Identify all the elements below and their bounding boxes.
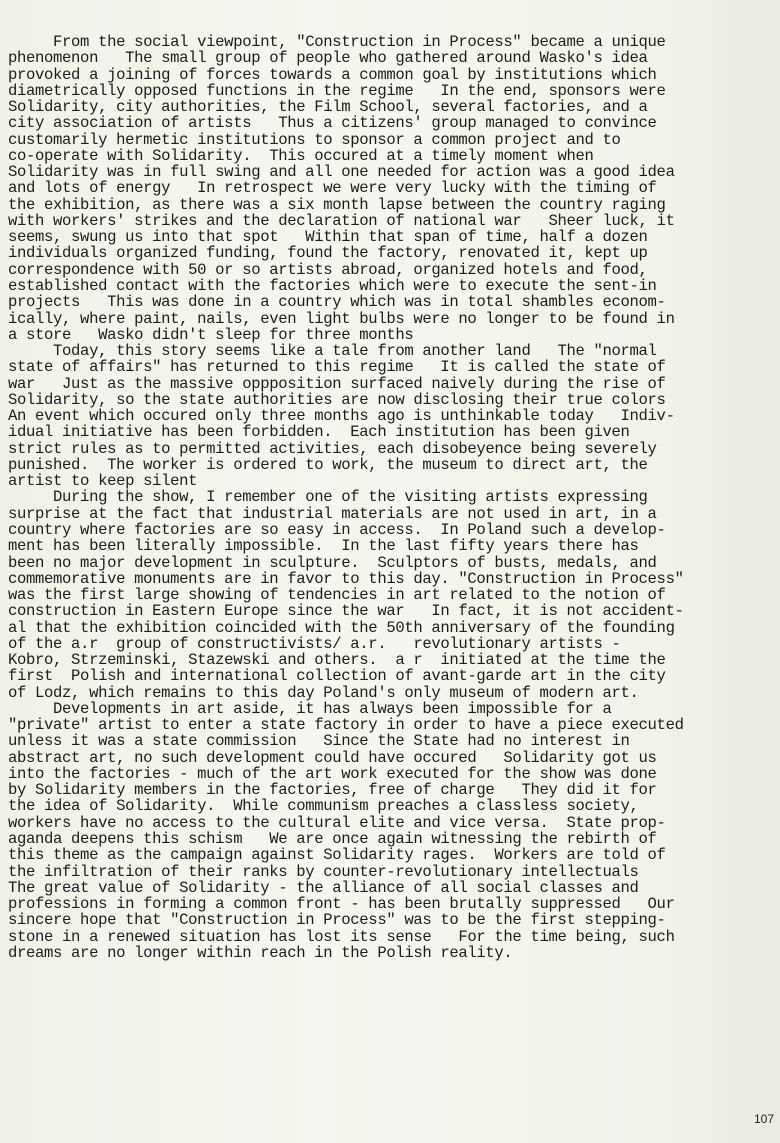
text-line: the idea of Solidarity. While communism … <box>8 798 778 814</box>
text-line: Today, this story seems like a tale from… <box>8 343 778 359</box>
text-line: abstract art, no such development could … <box>8 750 778 766</box>
text-line: idual initiative has been forbidden. Eac… <box>8 424 778 440</box>
text-line: of the a.r group of constructivists/ a.r… <box>8 636 778 652</box>
text-line: dreams are no longer within reach in the… <box>8 945 778 961</box>
text-line: war Just as the massive oppposition surf… <box>8 376 778 392</box>
text-line: al that the exhibition coincided with th… <box>8 620 778 636</box>
text-line: projects This was done in a country whic… <box>8 294 778 310</box>
text-line: co-operate with Solidarity. This occured… <box>8 148 778 164</box>
text-line: diametrically opposed functions in the r… <box>8 83 778 99</box>
text-line: Kobro, Strzeminski, Stazewski and others… <box>8 652 778 668</box>
text-line: state of affairs" has returned to this r… <box>8 359 778 375</box>
text-line: professions in forming a common front - … <box>8 896 778 912</box>
text-line: sincere hope that "Construction in Proce… <box>8 912 778 928</box>
text-line: customarily hermetic institutions to spo… <box>8 132 778 148</box>
text-line: artist to keep silent <box>8 473 778 489</box>
page-number: 107 <box>754 1112 774 1126</box>
text-line: of Lodz, which remains to this day Polan… <box>8 685 778 701</box>
text-line: with workers' strikes and the declaratio… <box>8 213 778 229</box>
text-line: been no major development in sculpture. … <box>8 555 778 571</box>
text-line: unless it was a state commission Since t… <box>8 733 778 749</box>
text-line: workers have no access to the cultural e… <box>8 815 778 831</box>
text-line: first Polish and international collectio… <box>8 668 778 684</box>
body-text: From the social viewpoint, "Construction… <box>8 34 778 961</box>
document-page: From the social viewpoint, "Construction… <box>0 0 780 1143</box>
text-line: established contact with the factories w… <box>8 278 778 294</box>
text-line: a store Wasko didn't sleep for three mon… <box>8 327 778 343</box>
text-line: phenomenon The small group of people who… <box>8 50 778 66</box>
text-line: the infiltration of their ranks by count… <box>8 864 778 880</box>
text-line: Developments in art aside, it has always… <box>8 701 778 717</box>
text-line: and lots of energy In retrospect we were… <box>8 180 778 196</box>
text-line: stone in a renewed situation has lost it… <box>8 929 778 945</box>
text-line: surprise at the fact that industrial mat… <box>8 506 778 522</box>
text-line: into the factories - much of the art wor… <box>8 766 778 782</box>
text-line: The great value of Solidarity - the alli… <box>8 880 778 896</box>
text-line: construction in Eastern Europe since the… <box>8 603 778 619</box>
text-line: provoked a joining of forces towards a c… <box>8 67 778 83</box>
text-line: city association of artists Thus a citiz… <box>8 115 778 131</box>
text-line: correspondence with 50 or so artists abr… <box>8 262 778 278</box>
text-line: ically, where paint, nails, even light b… <box>8 311 778 327</box>
text-line: this theme as the campaign against Solid… <box>8 847 778 863</box>
text-line: From the social viewpoint, "Construction… <box>8 34 778 50</box>
text-line: commemorative monuments are in favor to … <box>8 571 778 587</box>
text-line: country where factories are so easy in a… <box>8 522 778 538</box>
text-line: was the first large showing of tendencie… <box>8 587 778 603</box>
text-line: strict rules as to permitted activities,… <box>8 441 778 457</box>
text-line: Solidarity, city authorities, the Film S… <box>8 99 778 115</box>
text-line: individuals organized funding, found the… <box>8 245 778 261</box>
text-line: "private" artist to enter a state factor… <box>8 717 778 733</box>
text-line: the exhibition, as there was a six month… <box>8 197 778 213</box>
text-line: Solidarity was in full swing and all one… <box>8 164 778 180</box>
text-line: During the show, I remember one of the v… <box>8 489 778 505</box>
text-line: ment has been literally impossible. In t… <box>8 538 778 554</box>
text-line: seems, swung us into that spot Within th… <box>8 229 778 245</box>
text-line: by Solidarity members in the factories, … <box>8 782 778 798</box>
text-line: punished. The worker is ordered to work,… <box>8 457 778 473</box>
text-line: Solidarity, so the state authorities are… <box>8 392 778 408</box>
text-line: aganda deepens this schism We are once a… <box>8 831 778 847</box>
text-line: An event which occured only three months… <box>8 408 778 424</box>
